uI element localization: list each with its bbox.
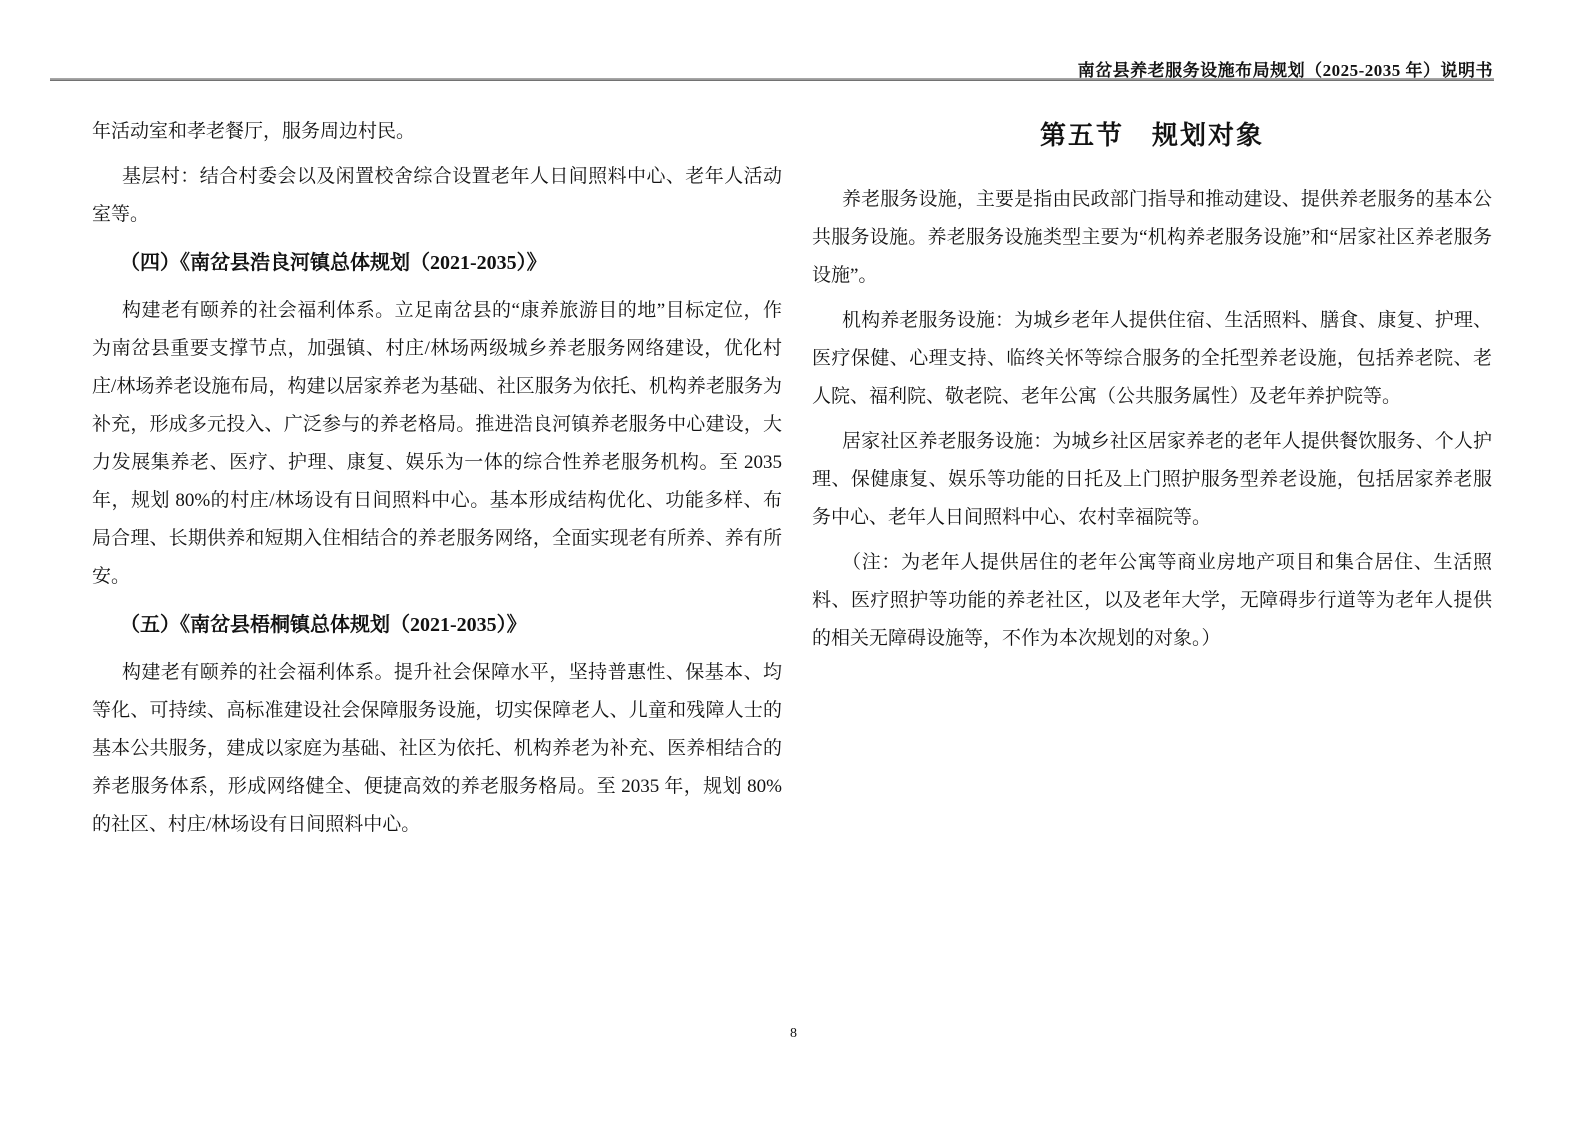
paragraph-home-community: 居家社区养老服务设施：为城乡社区居家养老的老年人提供餐饮服务、个人护理、保健康复… xyxy=(812,423,1492,537)
subsection-heading-wutong: （五）《南岔县梧桐镇总体规划（2021-2035）》 xyxy=(92,606,782,644)
paragraph-wutong: 构建老有颐养的社会福利体系。提升社会保障水平，坚持普惠性、保基本、均等化、可持续… xyxy=(92,654,782,844)
page-number: 8 xyxy=(0,1026,1587,1042)
document-page: 南岔县养老服务设施布局规划（2025-2035 年）说明书 年活动室和孝老餐厅，… xyxy=(0,0,1587,1122)
paragraph-overview: 养老服务设施，主要是指由民政部门指导和推动建设、提供养老服务的基本公共服务设施。… xyxy=(812,181,1492,295)
paragraph-haolianghe: 构建老有颐养的社会福利体系。立足南岔县的“康养旅游目的地”目标定位，作为南岔县重… xyxy=(92,292,782,596)
paragraph-continuation: 年活动室和孝老餐厅，服务周边村民。 xyxy=(92,113,782,151)
left-column: 年活动室和孝老餐厅，服务周边村民。 基层村：结合村委会以及闲置校舍综合设置老年人… xyxy=(92,113,782,851)
paragraph-institutional: 机构养老服务设施：为城乡老年人提供住宿、生活照料、膳食、康复、护理、医疗保健、心… xyxy=(812,302,1492,416)
subsection-heading-haolianghe: （四）《南岔县浩良河镇总体规划（2021-2035）》 xyxy=(92,244,782,282)
right-column: 第五节 规划对象 养老服务设施，主要是指由民政部门指导和推动建设、提供养老服务的… xyxy=(812,113,1492,665)
section-heading: 第五节 规划对象 xyxy=(812,113,1492,157)
paragraph-note: （注：为老年人提供居住的老年公寓等商业房地产项目和集合居住、生活照料、医疗照护等… xyxy=(812,544,1492,658)
header-rule xyxy=(50,78,1494,81)
paragraph-base-village: 基层村：结合村委会以及闲置校舍综合设置老年人日间照料中心、老年人活动室等。 xyxy=(92,158,782,234)
